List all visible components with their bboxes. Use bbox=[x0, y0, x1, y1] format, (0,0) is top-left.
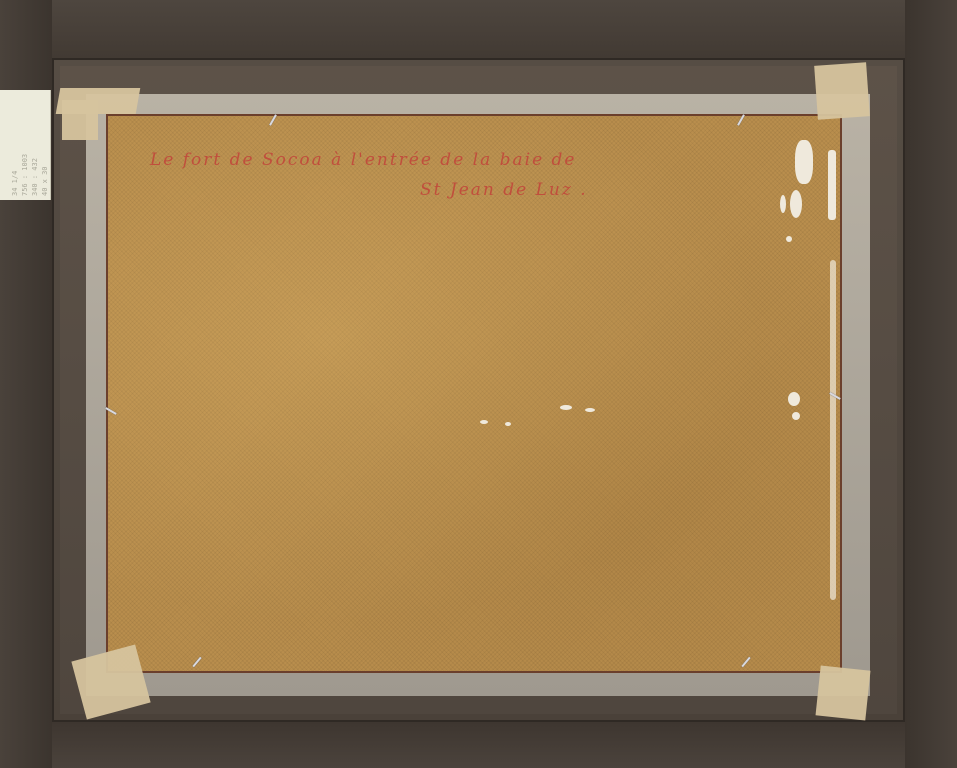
paint-spot bbox=[480, 420, 488, 424]
paint-spot bbox=[795, 140, 813, 184]
paint-spot bbox=[780, 195, 786, 213]
tape-top-right bbox=[814, 62, 870, 119]
paint-spot bbox=[505, 422, 511, 426]
paint-spot bbox=[585, 408, 595, 412]
frame-bottom-rail bbox=[0, 722, 957, 768]
inscription-line-2: St Jean de Luz . bbox=[420, 180, 588, 200]
paint-spot bbox=[790, 190, 802, 218]
tape-bottom-right bbox=[816, 666, 871, 721]
frame-right-rail bbox=[905, 0, 957, 768]
frame-top-rail bbox=[0, 0, 957, 58]
tape-top-left-corner bbox=[62, 100, 98, 140]
paint-spot bbox=[830, 260, 836, 600]
paint-spot bbox=[560, 405, 572, 410]
paint-spot bbox=[786, 236, 792, 242]
paint-spot bbox=[788, 392, 800, 406]
paint-spot bbox=[828, 150, 836, 220]
inscription-line-1: Le fort de Socoa à l'entrée de la baie d… bbox=[150, 150, 577, 170]
paint-spot bbox=[792, 412, 800, 420]
label-line-4: 40 x 30 bbox=[40, 166, 51, 196]
